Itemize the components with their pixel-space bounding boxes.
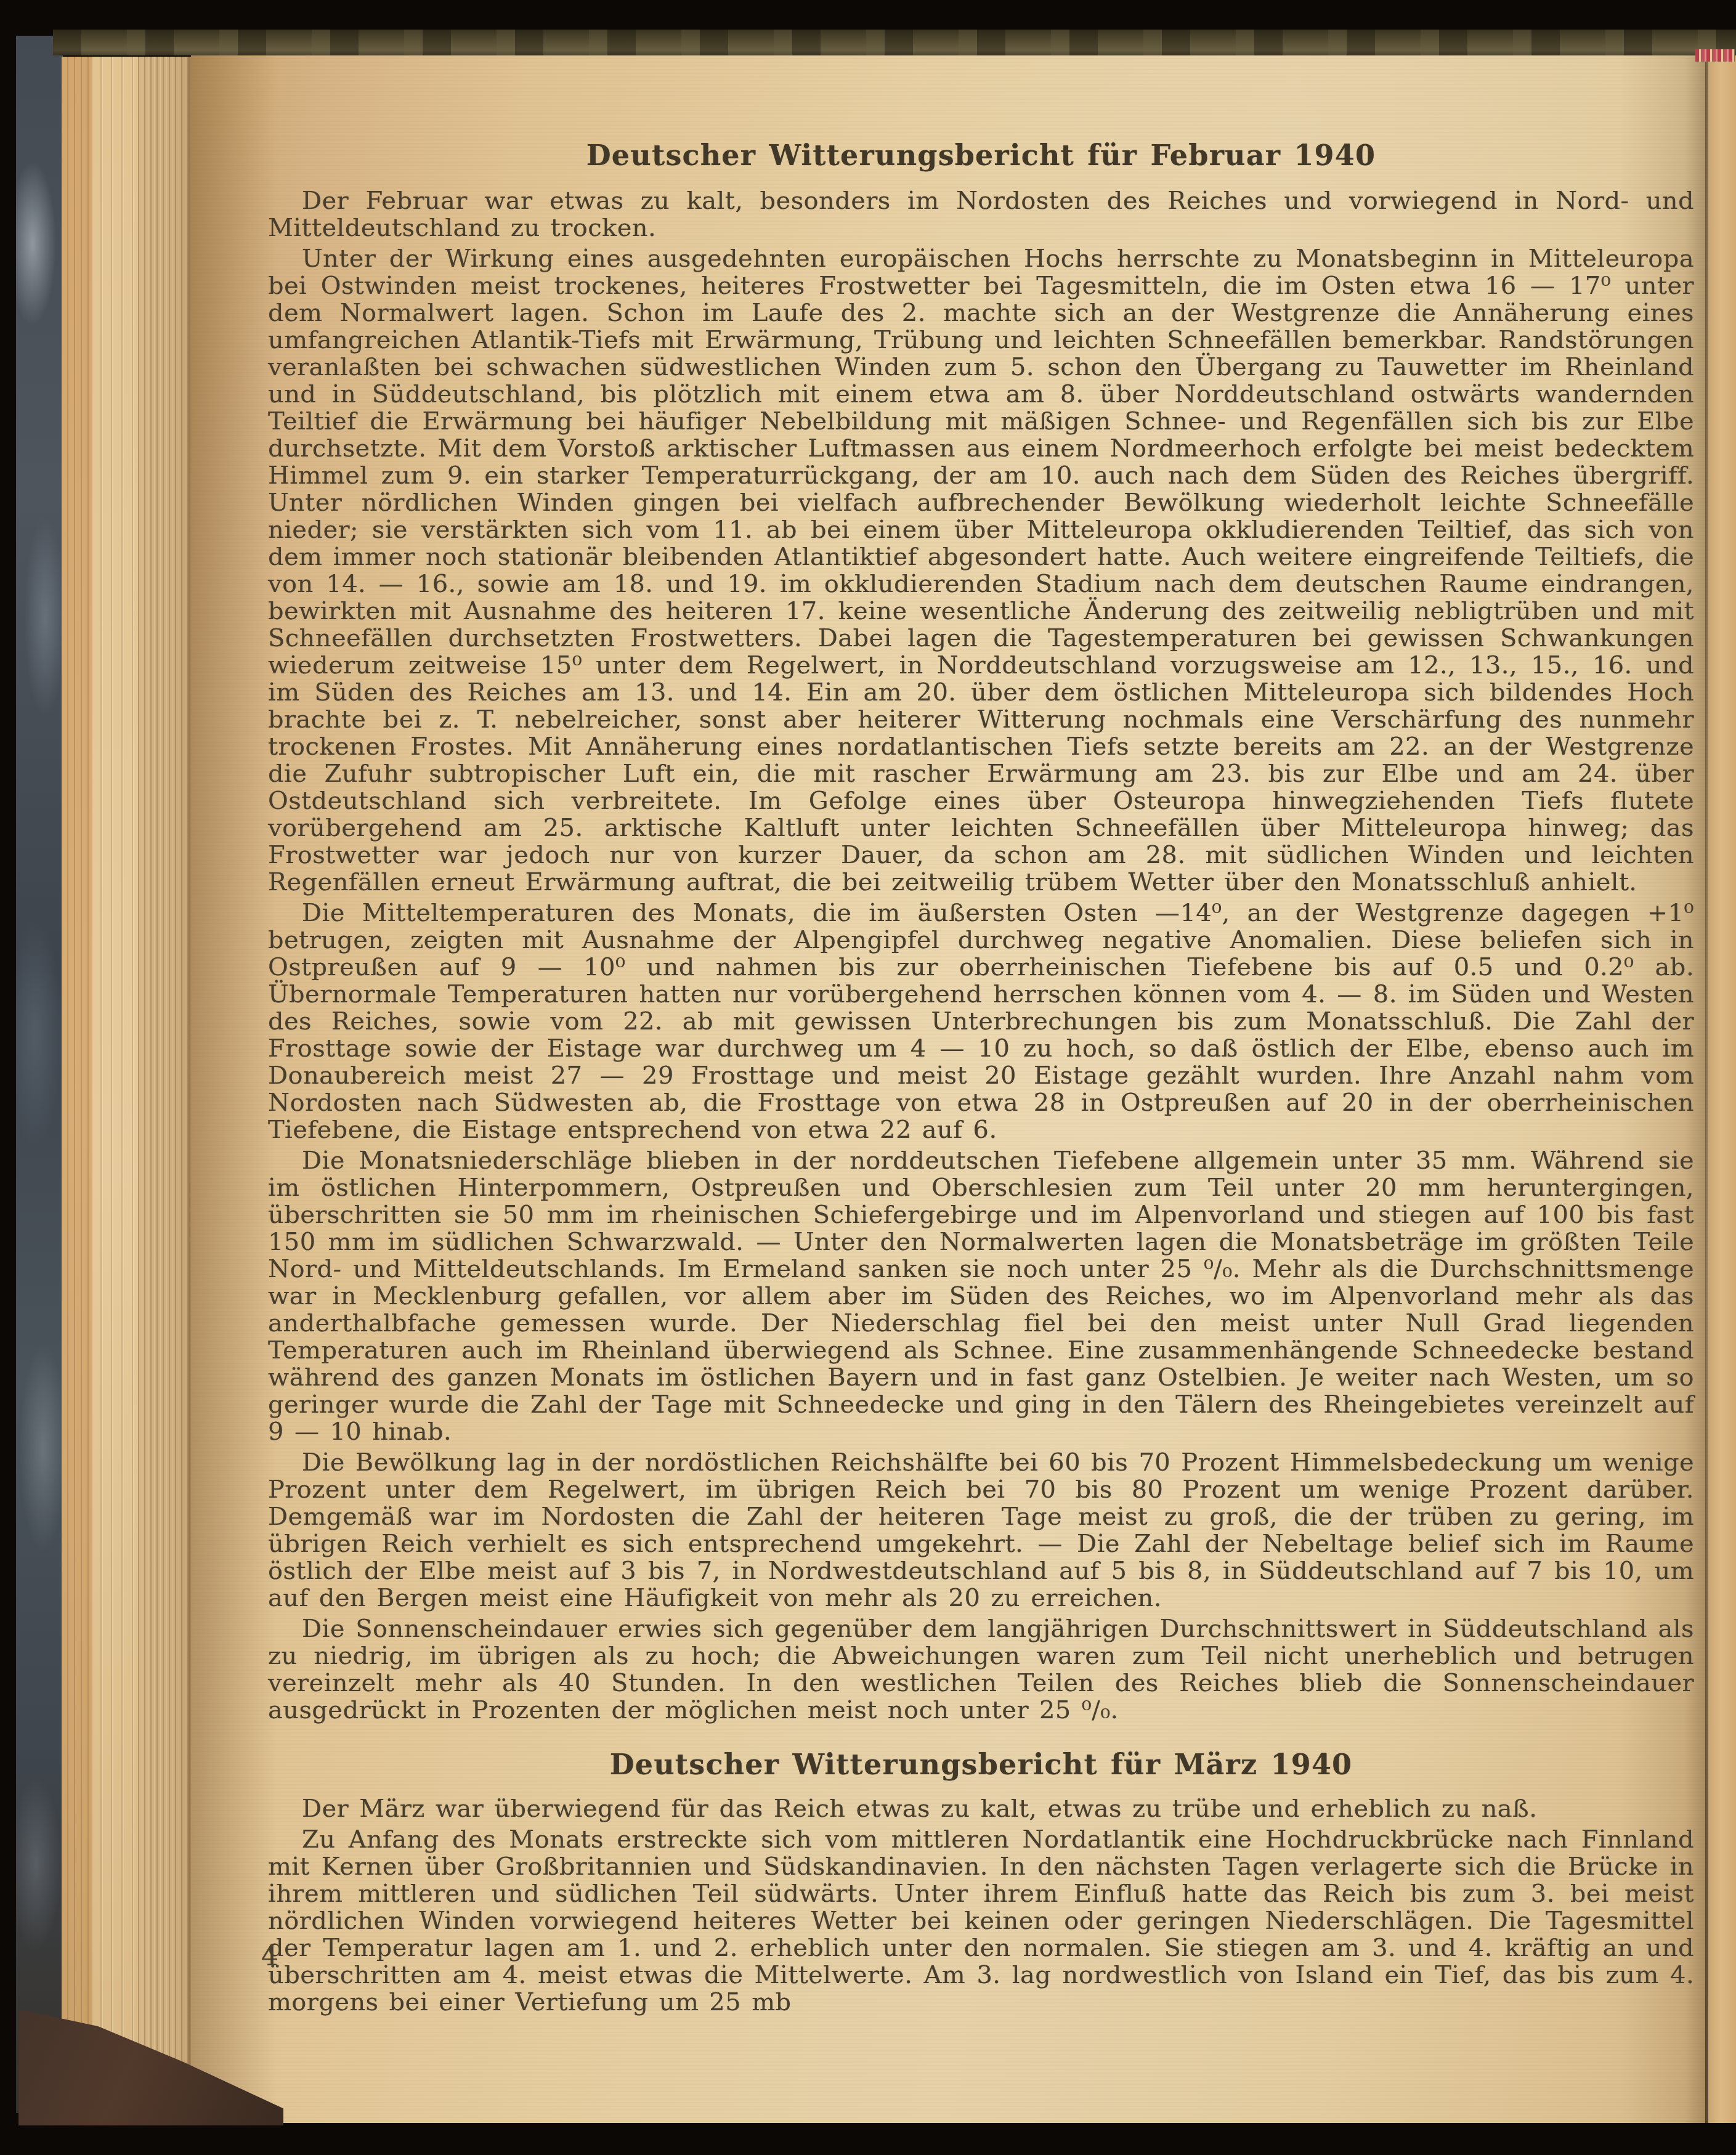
- next-page-edge: [1708, 54, 1736, 2123]
- paragraph: Der März war überwiegend für das Reich e…: [268, 1795, 1694, 1822]
- paragraph: Die Mitteltemperaturen des Monats, die i…: [268, 899, 1694, 1143]
- page-number: 4: [261, 1941, 278, 1972]
- book-cover-edge: [16, 36, 63, 2113]
- book-scan: Deutscher Witterungsbericht für Februar …: [0, 0, 1736, 2155]
- red-deckle-marks: [1695, 49, 1735, 62]
- page-stack-edges: [138, 57, 192, 2090]
- paragraph: Der Februar war etwas zu kalt, besonders…: [268, 187, 1694, 241]
- gutter-shadow: [191, 54, 277, 2123]
- paragraph: Die Monatsniederschläge blieben in der n…: [268, 1147, 1694, 1445]
- paragraph: Die Bewölkung lag in der nordöstlichen R…: [268, 1449, 1694, 1612]
- book-top-edge: [53, 30, 1736, 55]
- page-stack-edges: [92, 57, 138, 2090]
- page-stack-edges: [62, 57, 92, 2090]
- report-heading-march: Deutscher Witterungsbericht für März 194…: [268, 1748, 1694, 1780]
- paragraph: Unter der Wirkung eines ausgedehnten eur…: [268, 245, 1694, 896]
- paragraph: Die Sonnenscheindauer erwies sich gegenü…: [268, 1615, 1694, 1724]
- report-heading-february: Deutscher Witterungsbericht für Februar …: [268, 139, 1694, 171]
- paragraph: Zu Anfang des Monats erstreckte sich vom…: [268, 1826, 1694, 2016]
- page-text: Deutscher Witterungsbericht für Februar …: [268, 139, 1694, 2019]
